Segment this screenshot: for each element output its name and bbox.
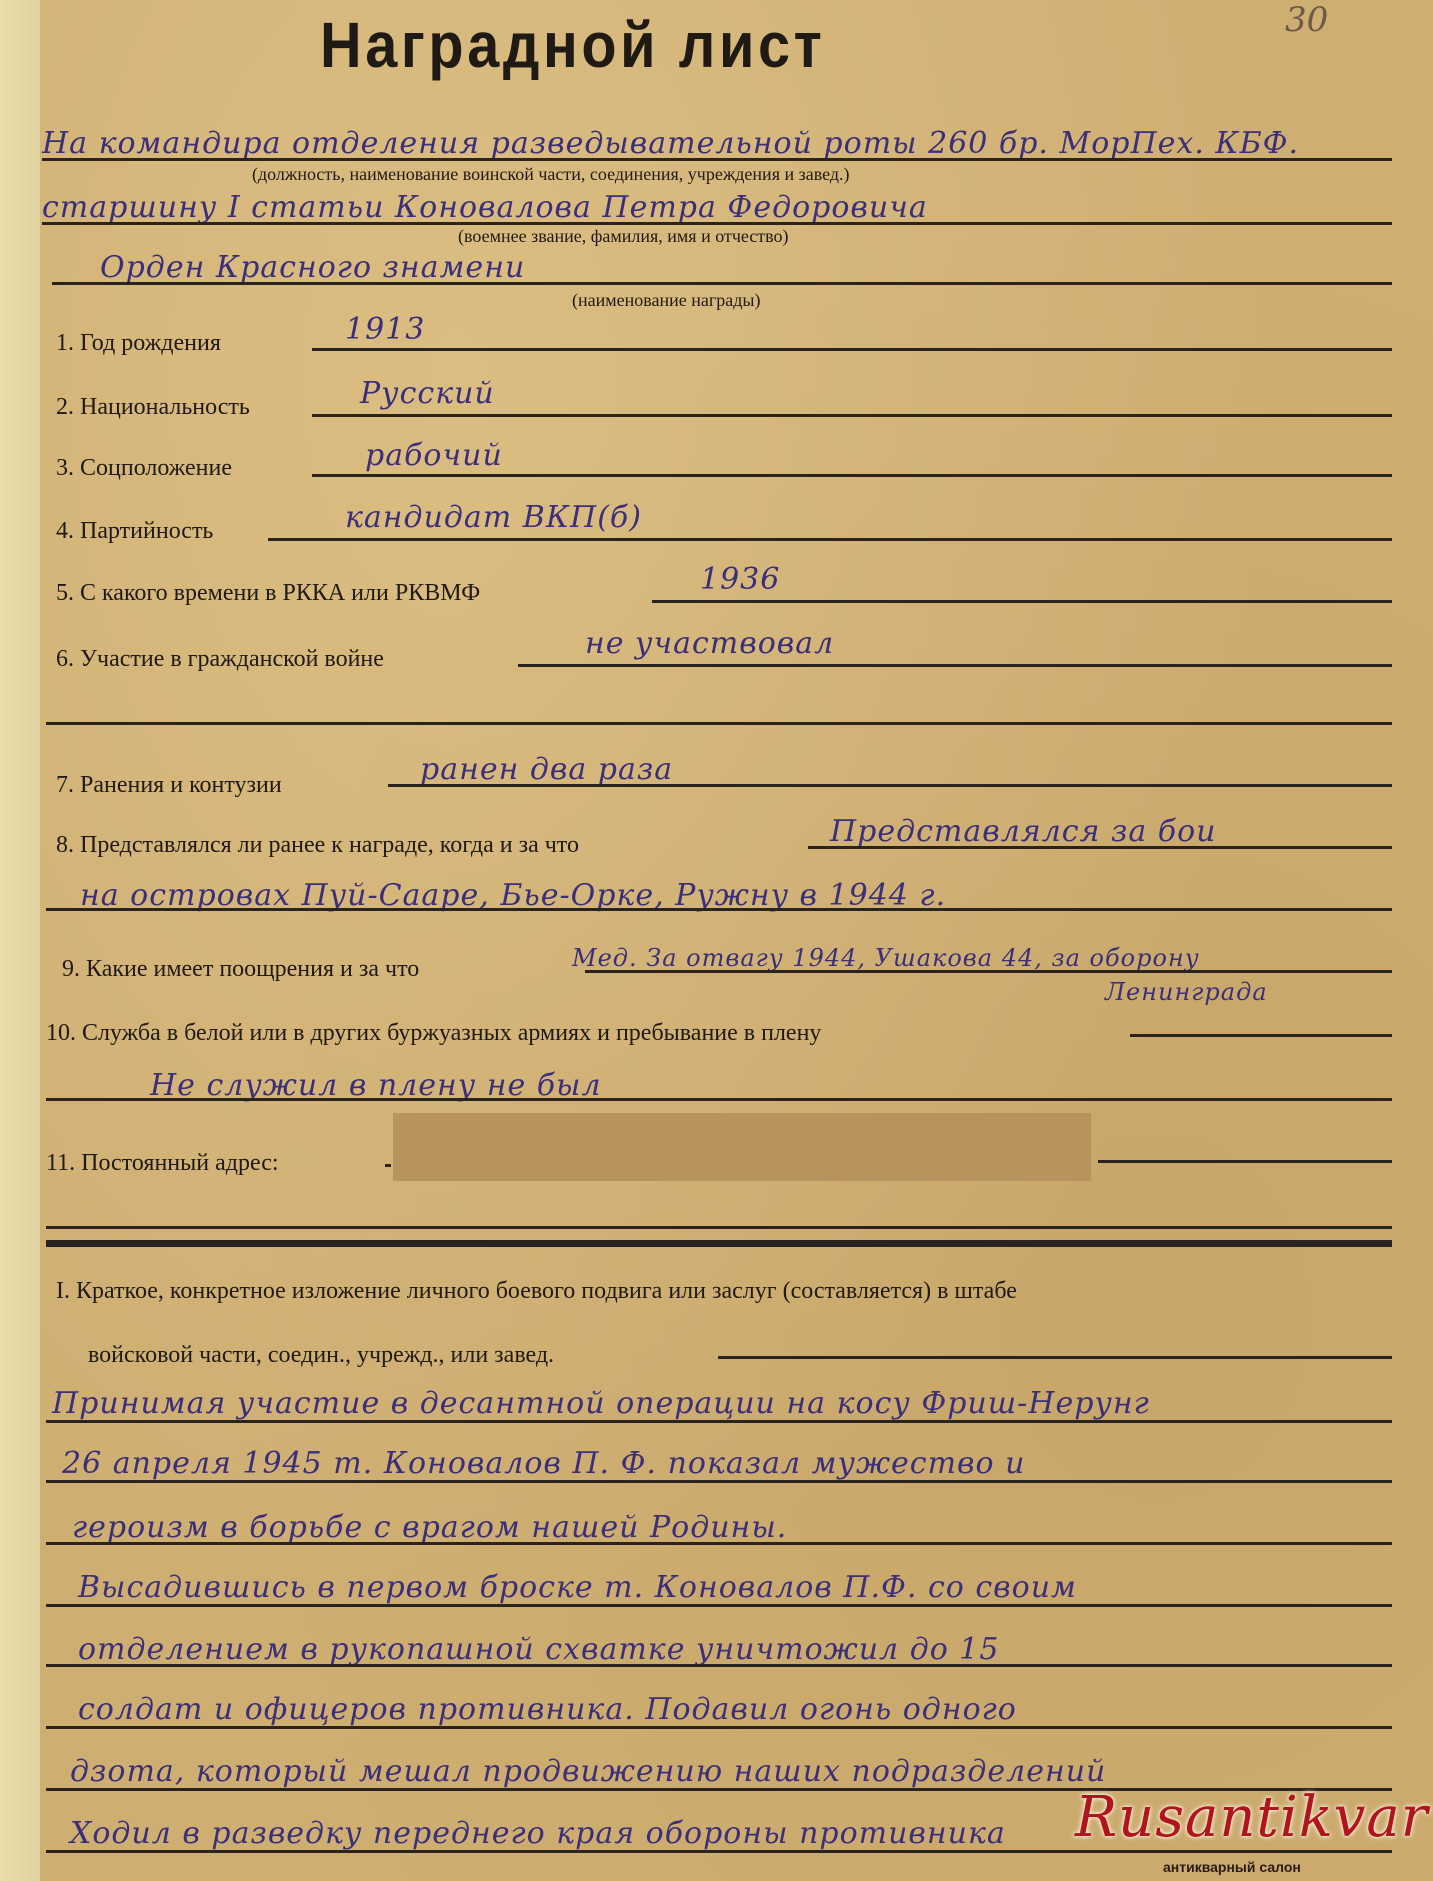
q3-answer: рабочий [365, 438, 503, 473]
address-redaction [393, 1113, 1091, 1181]
q5-rule [652, 600, 1392, 603]
q10-rule-2 [46, 1098, 1392, 1101]
rusantikvar-watermark: Rusantikvar антикварный салон [1075, 1785, 1429, 1850]
q10-rule [1130, 1034, 1392, 1037]
narrative-rule-1 [46, 1420, 1392, 1423]
position-rule [42, 158, 1392, 161]
q4-answer: кандидат ВКП(б) [345, 500, 642, 535]
narrative-rule-3 [46, 1542, 1392, 1545]
narrative-line-1: Принимая участие в десантной операции на… [52, 1386, 1150, 1421]
narrative-rule-5 [46, 1664, 1392, 1667]
narrative-rule-8 [46, 1850, 1392, 1853]
section-one-heading-cont: войсковой части, соедин., учрежд., или з… [88, 1342, 554, 1369]
document-title: Наградной лист [320, 8, 825, 82]
rank-name-rule [42, 222, 1392, 225]
q4-label: 4. Партийность [56, 518, 213, 545]
award-value: Орден Красного знамени [100, 250, 525, 285]
q3-rule [312, 474, 1392, 477]
q7-label: 7. Ранения и контузии [56, 772, 282, 799]
q7-answer: ранен два раза [420, 752, 673, 787]
section-one-heading-rule [718, 1356, 1392, 1359]
q8-answer: Представлялся за бои [830, 814, 1216, 849]
q8-rule [808, 846, 1392, 849]
q1-rule [312, 348, 1392, 351]
narrative-rule-2 [46, 1480, 1392, 1483]
q1-answer: 1913 [345, 312, 425, 347]
q6-rule-2 [46, 722, 1392, 725]
q11-dash [385, 1164, 391, 1167]
q9-answer: Мед. За отвагу 1944, Ушакова 44, за обор… [572, 944, 1200, 972]
award-rule [52, 282, 1392, 285]
q6-rule [518, 664, 1392, 667]
q5-label: 5. С какого времени в РККА или РКВМФ [56, 580, 480, 607]
q6-label: 6. Участие в гражданской войне [56, 646, 384, 673]
scan-margin [0, 0, 40, 1881]
q1-label: 1. Год рождения [56, 330, 221, 357]
q2-rule [312, 414, 1392, 417]
q9-label: 9. Какие имеет поощрения и за что [62, 956, 419, 983]
position-caption: (должность, наименование воинской части,… [252, 164, 850, 185]
narrative-line-3: героизм в борьбе с врагом нашей Родины. [72, 1510, 787, 1545]
q5-answer: 1936 [700, 562, 780, 597]
q3-label: 3. Соцположение [56, 455, 232, 482]
q11-rule-2 [46, 1226, 1392, 1229]
q7-rule [388, 784, 1392, 787]
narrative-line-6: солдат и офицеров противника. Подавил ог… [78, 1692, 1017, 1727]
q9-answer-continued: Ленинграда [1105, 978, 1268, 1006]
q11-label: 11. Постоянный адрес: [46, 1150, 279, 1177]
q8-label: 8. Представлялся ли ранее к награде, ког… [56, 832, 579, 859]
award-caption: (наименование награды) [572, 290, 761, 311]
q6-answer: не участвовал [585, 626, 834, 661]
position-value: На командира отделения разведывательной … [42, 126, 1299, 161]
section-one-heading: I. Краткое, конкретное изложение личного… [56, 1278, 1017, 1305]
q11-rule [1098, 1160, 1392, 1163]
narrative-line-8: Ходил в разведку переднего края обороны … [70, 1816, 1006, 1851]
narrative-rule-4 [46, 1604, 1392, 1607]
q8-rule-2 [46, 908, 1392, 911]
section-divider [46, 1240, 1392, 1247]
narrative-line-7: дзота, который мешал продвижению наших п… [70, 1754, 1106, 1789]
narrative-line-4: Высадившись в первом броске т. Коновалов… [78, 1570, 1077, 1605]
q2-label: 2. Национальность [56, 394, 250, 421]
q9-rule [585, 970, 1392, 973]
watermark-subtitle: антикварный салон [1163, 1859, 1301, 1875]
rank-name-caption: (воемнее звание, фамилия, имя и отчество… [458, 226, 789, 247]
narrative-rule-6 [46, 1726, 1392, 1729]
q10-label: 10. Служба в белой или в других буржуазн… [46, 1020, 821, 1047]
rank-name-value: старшину I статьи Коновалова Петра Федор… [42, 190, 928, 225]
q4-rule [268, 538, 1392, 541]
watermark-brand: Rusantikvar [1075, 1785, 1429, 1850]
archive-number: 30 [1285, 0, 1328, 40]
q2-answer: Русский [360, 376, 495, 411]
narrative-line-5: отделением в рукопашной схватке уничтожи… [78, 1632, 999, 1667]
narrative-line-2: 26 апреля 1945 т. Коновалов П. Ф. показа… [62, 1446, 1025, 1481]
